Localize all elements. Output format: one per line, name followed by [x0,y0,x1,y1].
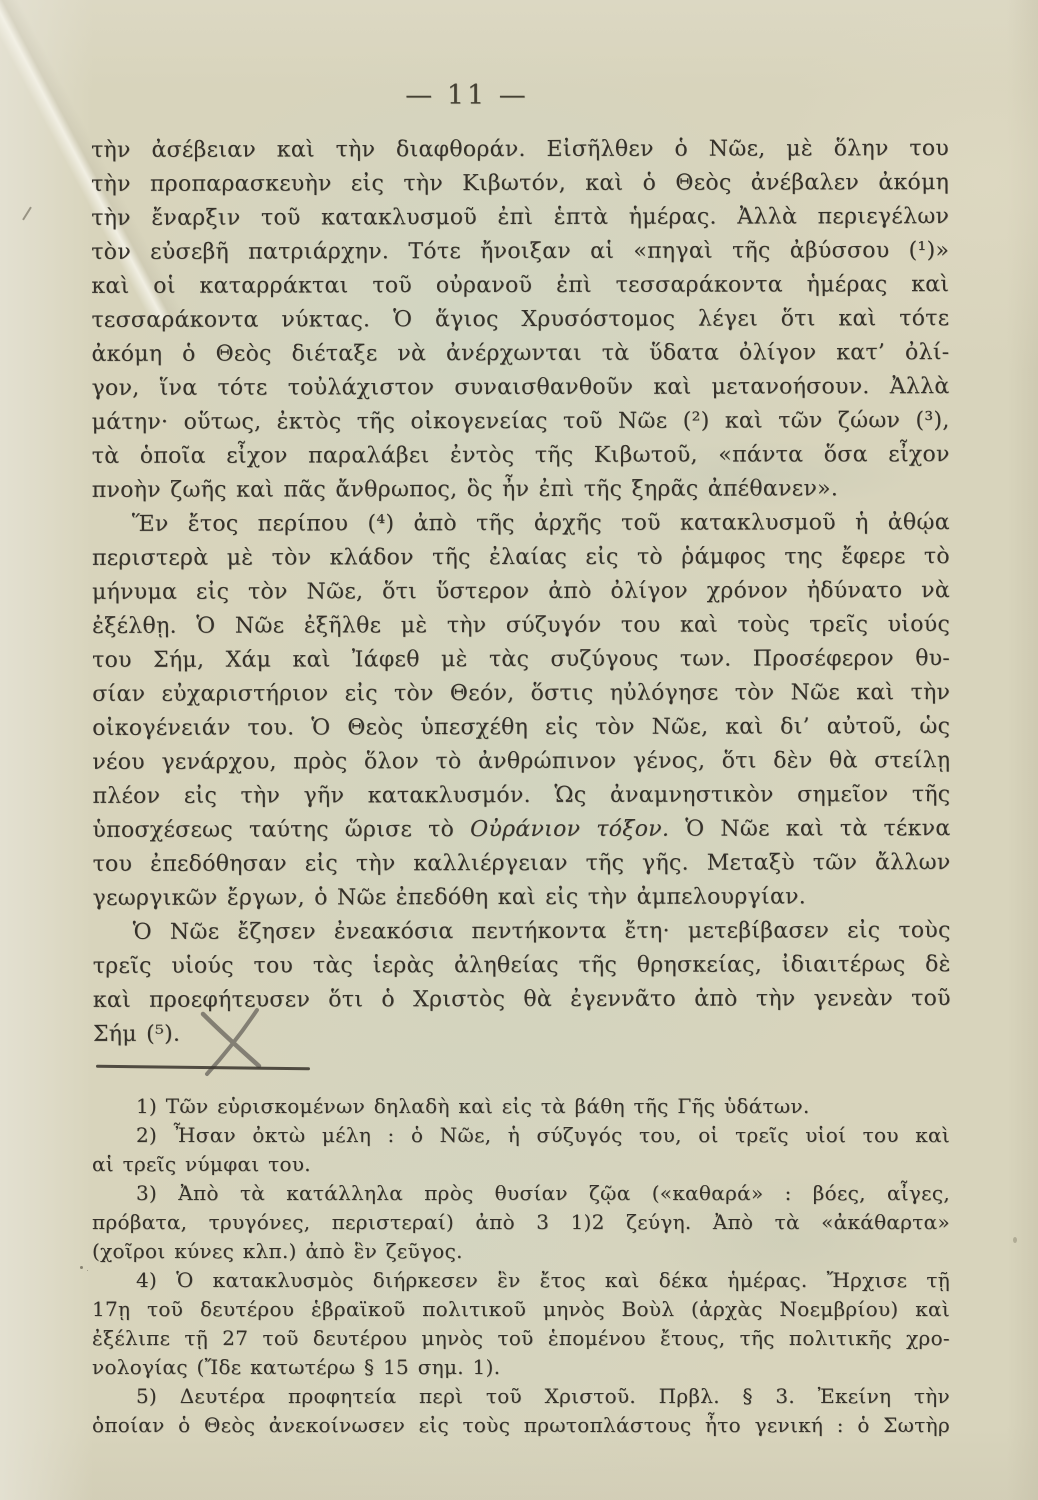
footnote-line: ὁποίαν ὁ Θεὸς ἀνεκοίνωσεν εἰς τοὺς πρωτο… [92,1411,950,1440]
footnote-line: πρόβατα, τρυγόνες, περιστεραί) ἀπὸ 3 1)2… [92,1208,950,1237]
paper-speck [1013,1237,1017,1243]
page-number: — 11 — [405,80,529,111]
text-line: πλέον εἰς τὴν γῆν κατακλυσμόν. Ὡς ἀναμνη… [92,778,950,814]
text-line: νέου γενάρχου, πρὸς ὅλον τὸ ἀνθρώπινον γ… [92,744,950,780]
text-line: του Σήμ, Χάμ καὶ Ἰάφεθ μὲ τὰς συζύγους τ… [92,642,950,678]
paper-speck [80,1266,83,1269]
footnote-line: αἱ τρεῖς νύμφαι του. [92,1150,950,1179]
paper-speck [22,207,32,221]
text-line: τρεῖς υἱούς του τὰς ἱερὰς ἀληθείας τῆς θ… [93,948,951,984]
text-segment: Ὁ Νῶε καὶ τὰ τέκνα [669,816,950,842]
footnote-line: 17ῃ τοῦ δευτέρου ἑβραϊκοῦ πολιτικοῦ μηνὸ… [92,1295,950,1324]
footnote-line: 5) Δευτέρα προφητεία περὶ τοῦ Χριστοῦ. Π… [92,1382,950,1411]
footnote-line: 4) Ὁ κατακλυσμὸς διήρκεσεν ἓν ἔτος καὶ δ… [92,1266,950,1295]
footnote-line: (χοῖροι κύνες κλπ.) ἀπὸ ἓν ζεῦγος. [92,1237,950,1266]
text-line: ἐξέλθῃ. Ὁ Νῶε ἐξῆλθε μὲ τὴν σύζυγόν του … [92,608,950,644]
text-line: τεσσαράκοντα νύκτας. Ὁ ἅγιος Χρυσόστομος… [91,302,949,338]
footnote-line: 1) Τῶν εὑρισκομένων δηλαδὴ καὶ εἰς τὰ βά… [92,1092,950,1121]
text-line: τὴν ἀσέβειαν καὶ τὴν διαφθοράν. Εἰσῆλθεν… [91,132,949,168]
text-line: τὰ ὁποῖα εἶχον παραλάβει ἐντὸς τῆς Κιβωτ… [92,438,950,474]
text-line: γον, ἵνα τότε τοὐλάχιστον συναισθανθοῦν … [92,370,950,406]
page-header: — 11 — [0,80,934,111]
text-line: Ἕν ἔτος περίπου (⁴) ἀπὸ τῆς ἀρχῆς τοῦ κα… [92,506,950,542]
text-line: καὶ οἱ καταρράκται τοῦ οὐρανοῦ ἐπὶ τεσσα… [91,268,949,304]
text-line: τὸν εὐσεβῆ πατριάρχην. Τότε ἤνοιξαν αἱ «… [91,234,949,270]
text-line: ὑποσχέσεως ταύτης ὥρισε τὸ Οὐράνιον τόξο… [92,812,950,848]
text-line: οἰκογένειάν του. Ὁ Θεὸς ὑπεσχέθη εἰς τὸν… [92,710,950,746]
text-line: μήνυμα εἰς τὸν Νῶε, ὅτι ὕστερον ἀπὸ ὀλίγ… [92,574,950,610]
text-line: σίαν εὐχαριστήριον εἰς τὸν Θεόν, ὅστις η… [92,676,950,712]
scanned-page: { "page": { "number": "— 11 —" }, "color… [0,0,1038,1500]
text-line: μάτην· οὕτως, ἐκτὸς τῆς οἰκογενείας τοῦ … [92,404,950,440]
text-line: τὴν ἔναρξιν τοῦ κατακλυσμοῦ ἐπὶ ἑπτὰ ἡμέ… [91,200,949,236]
text-segment: ὑποσχέσεως ταύτης ὥρισε τὸ [92,817,470,843]
emphasized-text: Οὐράνιον τόξον. [470,817,669,842]
text-line: τὴν προπαρασκευὴν εἰς τὴν Κιβωτόν, καὶ ὁ… [91,166,949,202]
text-line: περιστερὰ μὲ τὸν κλάδον τῆς ἐλαίας εἰς τ… [92,540,950,576]
text-line: πνοὴν ζωῆς καὶ πᾶς ἄνθρωπος, ὃς ἦν ἐπὶ τ… [92,472,950,508]
footnotes: 1) Τῶν εὑρισκομένων δηλαδὴ καὶ εἰς τὰ βά… [92,1092,950,1440]
text-line: του ἐπεδόθησαν εἰς τὴν καλλιέργειαν τῆς … [93,846,951,882]
footnote-line: 2) Ἦσαν ὀκτὼ μέλη : ὁ Νῶε, ἡ σύζυγός του… [92,1121,950,1150]
footnote-line: 3) Ἀπὸ τὰ κατάλληλα πρὸς θυσίαν ζῷα («κα… [92,1179,950,1208]
text-line: Ὁ Νῶε ἔζησεν ἐνεακόσια πεντήκοντα ἔτη· μ… [93,914,951,950]
footnote-line: νολογίας (Ἴδε κατωτέρω § 15 σημ. 1). [92,1353,950,1382]
footnote-line: ἐξέλιπε τῇ 27 τοῦ δευτέρου μηνὸς τοῦ ἑπο… [92,1324,950,1353]
text-line: γεωργικῶν ἔργων, ὁ Νῶε ἐπεδόθη καὶ εἰς τ… [93,880,951,916]
main-text: τὴν ἀσέβειαν καὶ τὴν διαφθοράν. Εἰσῆλθεν… [91,132,951,1052]
text-line: ἀκόμη ὁ Θεὸς διέταξε νὰ ἀνέρχωνται τὰ ὕδ… [91,336,949,372]
